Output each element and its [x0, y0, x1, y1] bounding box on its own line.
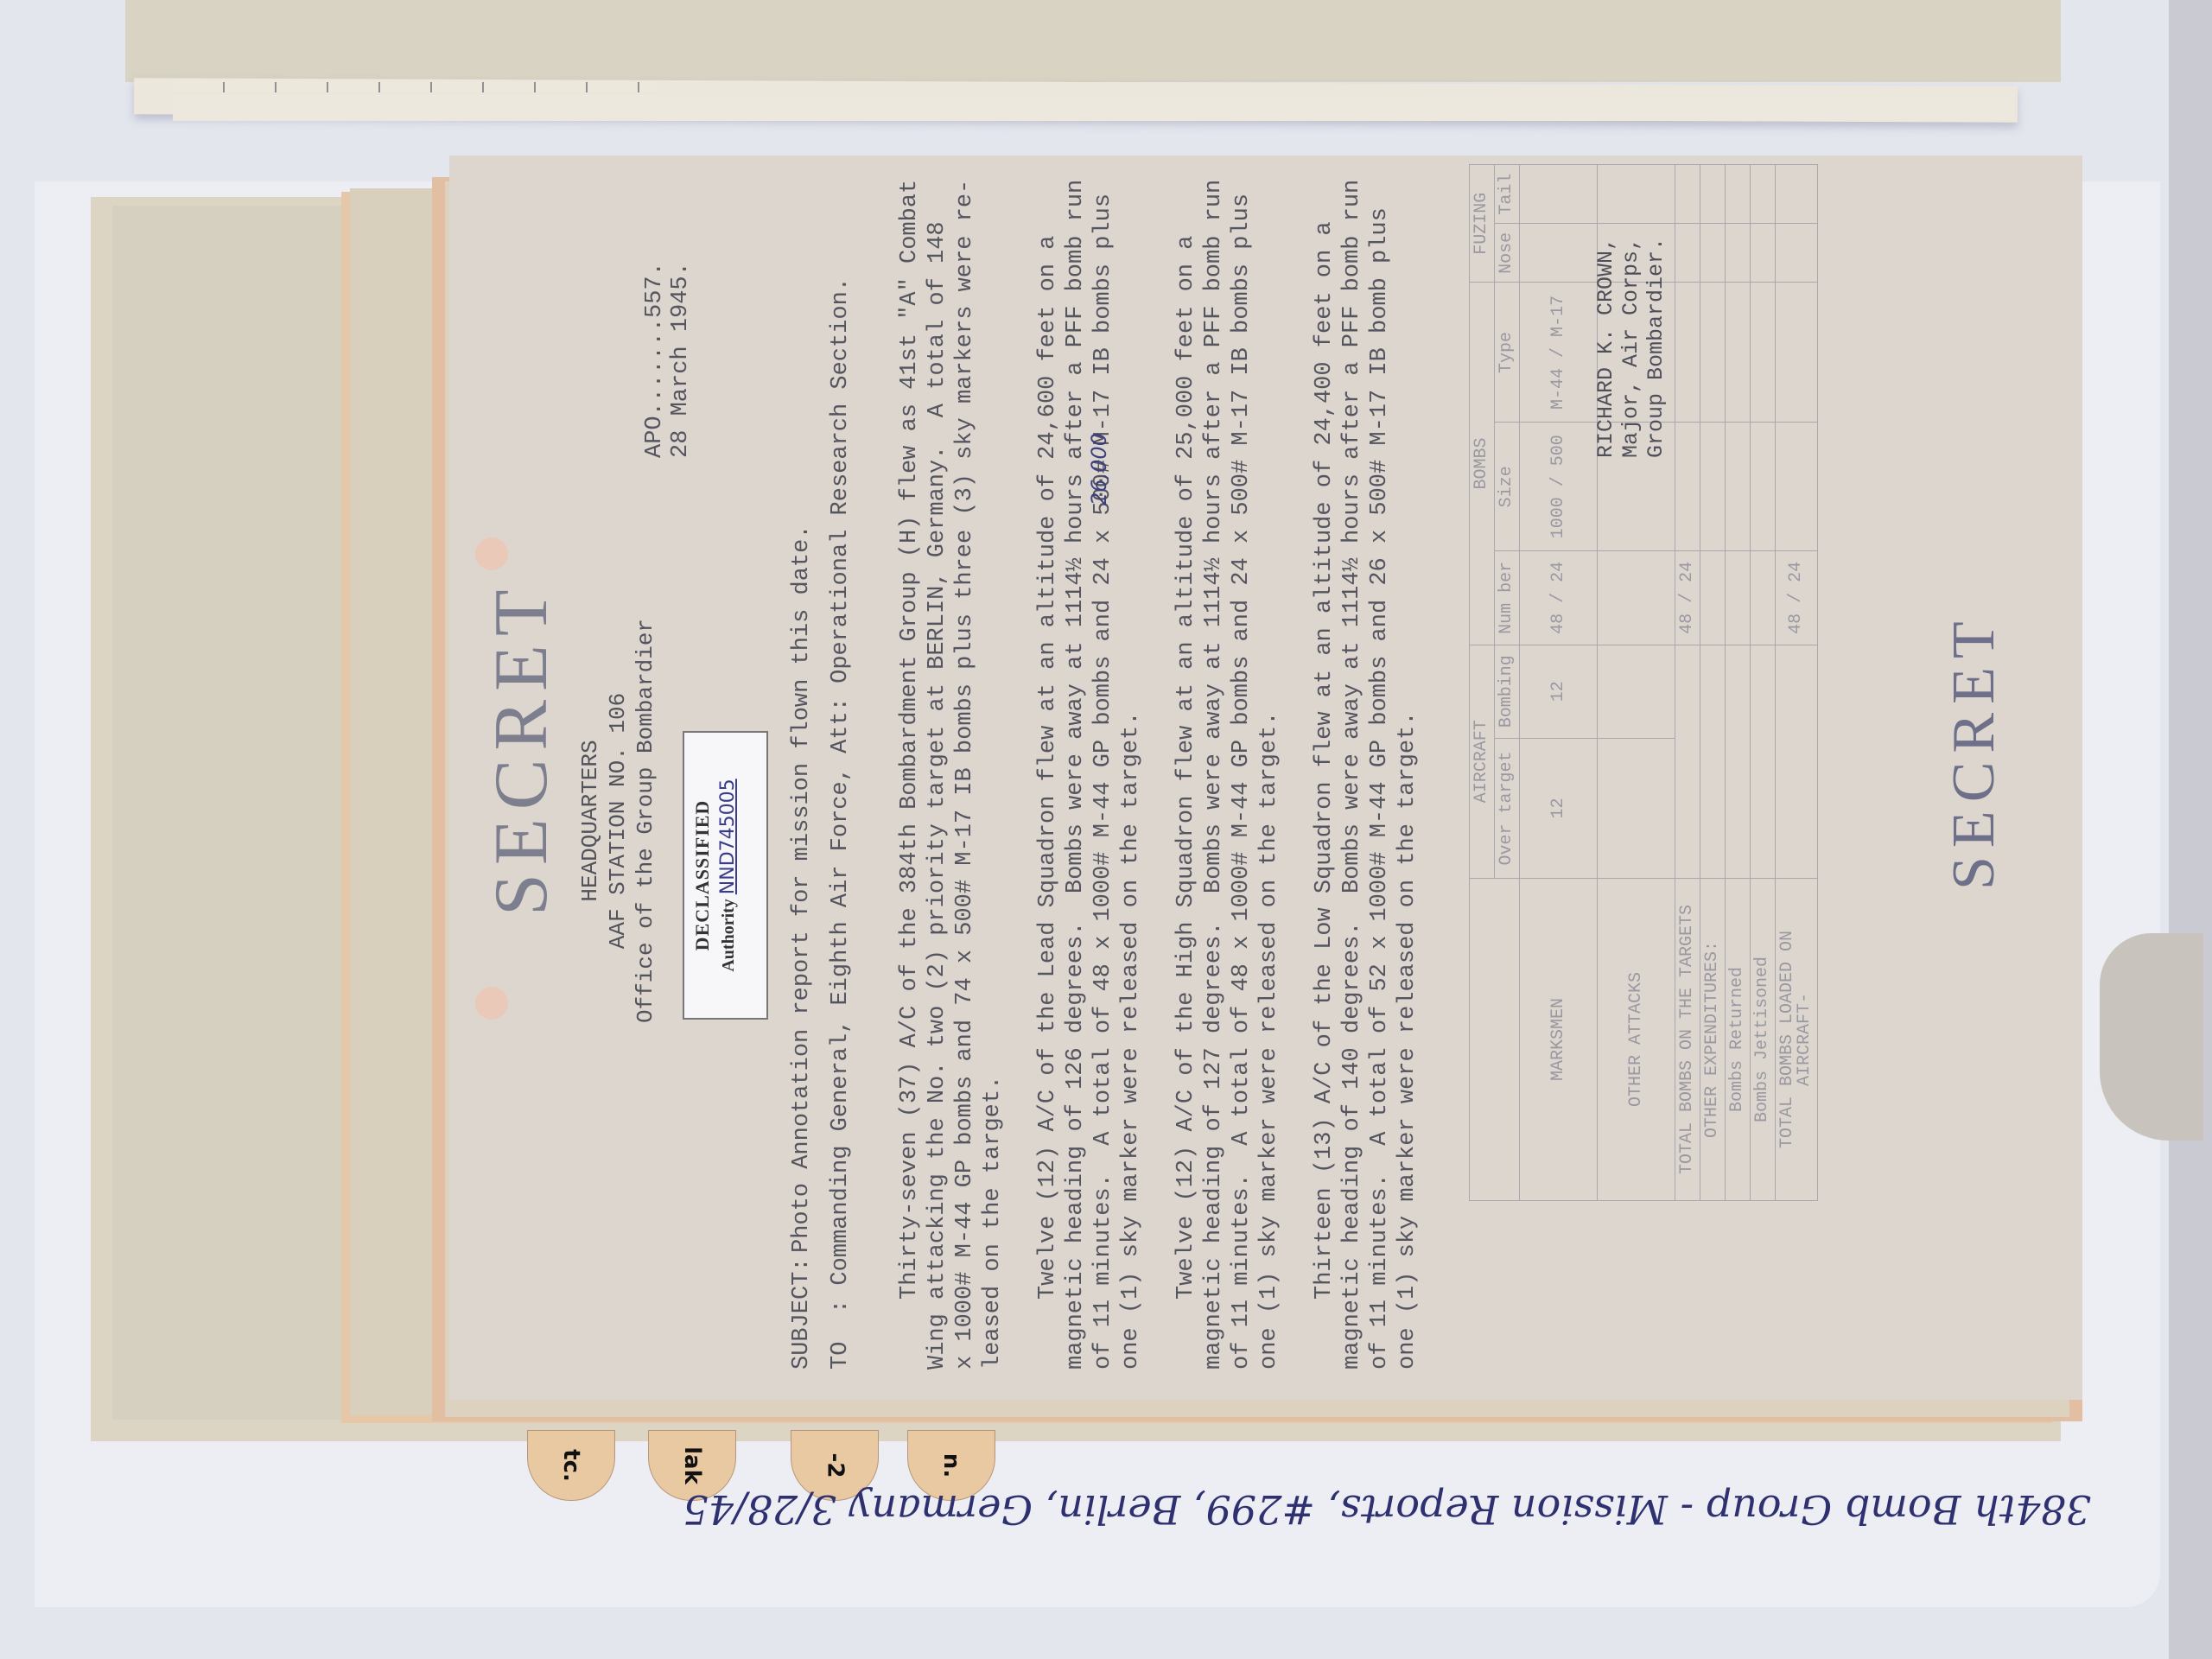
table-row-label: Bombs Returned	[1726, 879, 1751, 1201]
table-row-label: TOTAL BOMBS LOADED ON AIRCRAFT-	[1776, 879, 1818, 1201]
paper-sheet	[112, 206, 346, 1420]
paragraph-line: magnetic heading of 140 degrees. Bombs w…	[1341, 180, 1364, 1370]
handwritten-folder-caption: 384th Bomb Group - Mission Reports, #299…	[622, 1486, 2091, 1533]
paragraph-line: Thirteen (13) A/C of the Low Squadron fl…	[1313, 221, 1337, 1370]
paragraph-line: Twelve (12) A/C of the High Squadron fle…	[1175, 236, 1198, 1370]
paragraph-line: Wing attacking the No. two (2) priority …	[926, 221, 950, 1370]
signature-rank: Major, Air Corps,	[1619, 238, 1644, 458]
document-content: SECRET HEADQUARTERS AAF STATION NO. 106 …	[449, 156, 2082, 1400]
paragraph-line: of 11 minutes. A total of 48 x 1000# M-4…	[1230, 194, 1254, 1370]
table-row-label: OTHER EXPENDITURES:	[1700, 879, 1726, 1201]
table-row-label: OTHER ATTACKS	[1598, 879, 1675, 1201]
table-cell: 12	[1520, 645, 1598, 738]
subject-text: Photo Annotation report for mission flow…	[791, 524, 814, 1253]
secret-stamp-top: SECRET	[484, 581, 560, 916]
paragraph-line: of 11 minutes. A total of 48 x 1000# M-4…	[1092, 194, 1116, 1370]
table-cell: 1000 / 500	[1520, 423, 1598, 551]
table-group-header: FUZING	[1470, 165, 1495, 283]
table-surface-edge	[2169, 0, 2212, 1659]
declassified-authority: Authority NND745005	[719, 733, 738, 1018]
table-row-label: MARKSMEN	[1520, 879, 1598, 1201]
table-cell: 48 / 24	[1675, 551, 1700, 645]
handwritten-altitude-correction: 26,000	[1089, 433, 1109, 505]
authority-number: NND745005	[717, 779, 739, 894]
document-date: 28 March 1945.	[670, 262, 693, 458]
signature-block: RICHARD K. CROWN,Major, Air Corps,Group …	[1594, 238, 1669, 458]
secret-stamp-bottom: SECRET	[1944, 613, 2005, 890]
punch-hole	[475, 537, 508, 570]
paragraph-line: magnetic heading of 126 degrees. Bombs w…	[1065, 180, 1088, 1370]
declassified-label: DECLASSIFIED Authority NND745005	[683, 731, 768, 1020]
paragraph-line: one (1) sky marker were released on the …	[1258, 711, 1281, 1370]
header-office: Office of the Group Bombardier	[634, 562, 657, 1080]
table-column-header: Bombing	[1495, 645, 1520, 738]
header-headquarters: HEADQUARTERS	[579, 562, 601, 1080]
signature-name: RICHARD K. CROWN,	[1594, 238, 1619, 458]
declassified-title: DECLASSIFIED	[693, 733, 712, 1018]
table-cell	[1520, 165, 1598, 224]
table-cell: 48 / 24	[1776, 551, 1818, 645]
to-label: TO	[829, 1342, 853, 1370]
ruled-paper-edge	[173, 82, 657, 92]
paragraph-line: Twelve (12) A/C of the Lead Squadron fle…	[1037, 236, 1060, 1370]
table-group-header: AIRCRAFT	[1470, 645, 1495, 878]
paragraph-line: of 11 minutes. A total of 52 x 1000# M-4…	[1369, 207, 1392, 1370]
table-cell: 48 / 24	[1520, 551, 1598, 645]
table-column-header: Tail	[1495, 165, 1520, 224]
table-cell: M-44 / M-17	[1520, 283, 1598, 423]
table-column-header: Num ber	[1495, 551, 1520, 645]
paragraph-line: Thirty-seven (37) A/C of the 384th Bomba…	[899, 180, 922, 1370]
upper-paper-stack	[125, 0, 2061, 82]
table-row-label: Bombs Jettisoned	[1751, 879, 1776, 1201]
to-text: : Commanding General, Eighth Air Force, …	[829, 277, 853, 1313]
document-page: SECRET HEADQUARTERS AAF STATION NO. 106 …	[449, 156, 2082, 1400]
table-group-header: BOMBS	[1470, 283, 1495, 645]
upper-paper-sheet	[173, 95, 2013, 121]
punch-hole	[475, 987, 508, 1020]
table-column-header: Over target	[1495, 738, 1520, 878]
gloved-hand	[2100, 933, 2203, 1141]
apo-number: APO.......557.	[644, 262, 667, 458]
paragraph-line: leased on the target.	[982, 1076, 1005, 1370]
paragraph-line: magnetic heading of 127 degrees. Bombs w…	[1203, 180, 1226, 1370]
table-cell: 12	[1520, 738, 1598, 878]
subject-label: SUBJECT:	[791, 1257, 814, 1370]
table-column-header: Type	[1495, 283, 1520, 423]
header-station: AAF STATION NO. 106	[607, 562, 629, 1080]
paragraph-line: x 1000# M-44 GP bombs and 74 x 500# M-17…	[954, 180, 977, 1370]
paragraph-line: one (1) sky marker were released on the …	[1120, 711, 1143, 1370]
table-column-header: Nose	[1495, 224, 1520, 283]
table-column-header: Size	[1495, 423, 1520, 551]
paragraph-line: one (1) sky marker were released on the …	[1396, 711, 1420, 1370]
signature-title: Group Bombardier.	[1644, 238, 1669, 458]
table-row-label: TOTAL BOMBS ON THE TARGETS	[1675, 879, 1700, 1201]
table-cell	[1520, 224, 1598, 283]
